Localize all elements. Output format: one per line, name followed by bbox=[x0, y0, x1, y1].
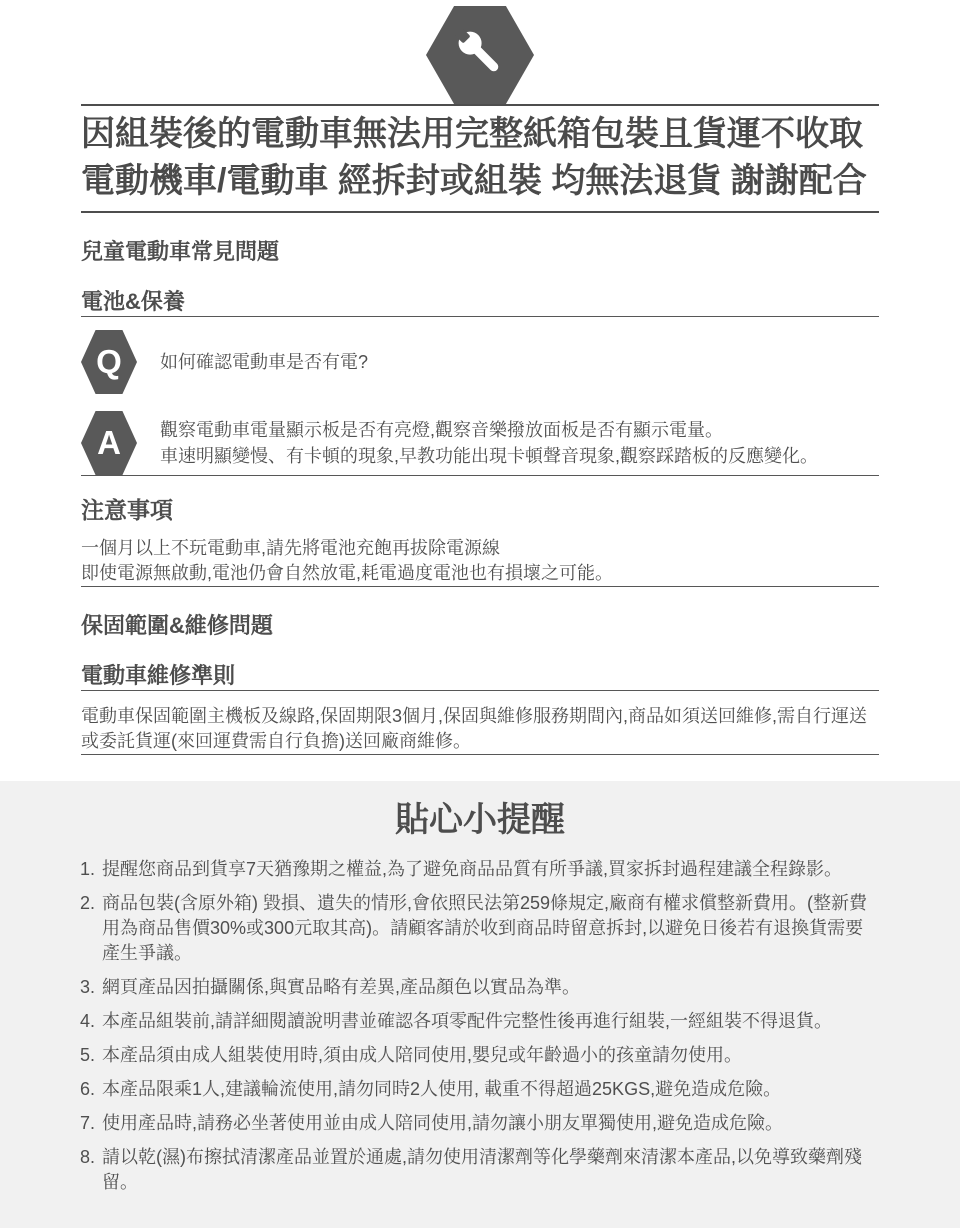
reminder-item: 6. 本產品限乘1人,建議輪流使用,請勿同時2人使用, 載重不得超過25KGS,… bbox=[80, 1077, 880, 1102]
divider bbox=[81, 211, 879, 213]
reminder-item: 7. 使用產品時,請務必坐著使用並由成人陪同使用,請勿讓小朋友單獨使用,避免造成… bbox=[80, 1111, 880, 1136]
q-hexagon: Q bbox=[81, 330, 137, 394]
item-text: 提醒您商品到貨享7天猶豫期之權益,為了避免商品品質有所爭議,買家拆封過程建議全程… bbox=[102, 857, 842, 882]
notice-line2: 即使電源無啟動,電池仍會自然放電,耗電過度電池也有損壞之可能。 bbox=[81, 561, 879, 586]
question-row: Q 如何確認電動車是否有電? bbox=[81, 330, 879, 394]
divider bbox=[81, 316, 879, 317]
answer-line1: 觀察電動車電量顯示板是否有亮燈,觀察音樂撥放面板是否有顯示電量。 bbox=[160, 417, 818, 443]
faq-section-title: 兒童電動車常見問題 bbox=[81, 238, 879, 266]
shipping-banner-line1: 因組裝後的電動車無法用完整紙箱包裝且貨運不收取 bbox=[81, 111, 879, 158]
reminder-item: 4. 本產品組裝前,請詳細閱讀說明書並確認各項零配件完整性後再進行組裝,一經組裝… bbox=[80, 1009, 880, 1034]
notice-body: 一個月以上不玩電動車,請先將電池充飽再拔除電源線 即使電源無啟動,電池仍會自然放… bbox=[81, 536, 879, 586]
notice-line1: 一個月以上不玩電動車,請先將電池充飽再拔除電源線 bbox=[81, 536, 879, 561]
divider bbox=[81, 586, 879, 587]
divider bbox=[81, 475, 879, 476]
item-number: 3. bbox=[80, 975, 95, 1000]
reminder-item: 8. 請以乾(濕)布擦拭清潔產品並置於通處,請勿使用清潔劑等化學藥劑來清潔本產品… bbox=[80, 1145, 880, 1195]
wrench-icon bbox=[448, 21, 512, 90]
answer-row: A 觀察電動車電量顯示板是否有亮燈,觀察音樂撥放面板是否有顯示電量。 車速明顯變… bbox=[81, 411, 879, 475]
shipping-banner: 因組裝後的電動車無法用完整紙箱包裝且貨運不收取 電動機車/電動車 經拆封或組裝 … bbox=[81, 106, 879, 211]
reminder-item: 2. 商品包裝(含原外箱) 毀損、遺失的情形,會依照民法第259條規定,廠商有權… bbox=[80, 891, 880, 966]
wrench-hexagon bbox=[426, 6, 534, 104]
item-text: 本產品限乘1人,建議輪流使用,請勿同時2人使用, 載重不得超過25KGS,避免造… bbox=[102, 1077, 781, 1102]
reminder-item: 5. 本產品須由成人組裝使用時,須由成人陪同使用,嬰兒或年齡過小的孩童請勿使用。 bbox=[80, 1043, 880, 1068]
faq-subsection-title: 電池&保養 bbox=[81, 288, 879, 316]
item-number: 1. bbox=[80, 857, 95, 882]
q-letter: Q bbox=[96, 343, 122, 381]
question-text: 如何確認電動車是否有電? bbox=[160, 349, 368, 375]
reminder-item: 3. 網頁產品因拍攝關係,與實品略有差異,產品顏色以實品為準。 bbox=[80, 975, 880, 1000]
answer-line2: 車速明顯變慢、有卡頓的現象,早教功能出現卡頓聲音現象,觀察踩踏板的反應變化。 bbox=[160, 443, 818, 469]
item-number: 2. bbox=[80, 891, 95, 966]
item-text: 本產品須由成人組裝使用時,須由成人陪同使用,嬰兒或年齡過小的孩童請勿使用。 bbox=[102, 1043, 742, 1068]
item-text: 商品包裝(含原外箱) 毀損、遺失的情形,會依照民法第259條規定,廠商有權求償整… bbox=[102, 891, 880, 966]
warranty-subsection-title: 電動車維修準則 bbox=[81, 662, 879, 690]
main-content: 因組裝後的電動車無法用完整紙箱包裝且貨運不收取 電動機車/電動車 經拆封或組裝 … bbox=[0, 104, 960, 755]
item-number: 8. bbox=[80, 1145, 95, 1195]
product-info-page: 因組裝後的電動車無法用完整紙箱包裝且貨運不收取 電動機車/電動車 經拆封或組裝 … bbox=[0, 0, 960, 1228]
divider bbox=[81, 690, 879, 691]
reminder-list: 1. 提醒您商品到貨享7天猶豫期之權益,為了避免商品品質有所爭議,買家拆封過程建… bbox=[80, 857, 880, 1195]
divider bbox=[81, 754, 879, 755]
shipping-banner-line2: 電動機車/電動車 經拆封或組裝 均無法退貨 謝謝配合 bbox=[81, 158, 879, 205]
reminder-title: 貼心小提醒 bbox=[80, 798, 880, 842]
item-text: 請以乾(濕)布擦拭清潔產品並置於通處,請勿使用清潔劑等化學藥劑來清潔本產品,以免… bbox=[102, 1145, 880, 1195]
item-text: 網頁產品因拍攝關係,與實品略有差異,產品顏色以實品為準。 bbox=[102, 975, 580, 1000]
item-number: 5. bbox=[80, 1043, 95, 1068]
item-text: 使用產品時,請務必坐著使用並由成人陪同使用,請勿讓小朋友單獨使用,避免造成危險。 bbox=[102, 1111, 783, 1136]
notice-title: 注意事項 bbox=[81, 495, 879, 525]
answer-text: 觀察電動車電量顯示板是否有亮燈,觀察音樂撥放面板是否有顯示電量。 車速明顯變慢、… bbox=[160, 417, 818, 469]
warranty-section-title: 保固範圍&維修問題 bbox=[81, 612, 879, 640]
item-number: 6. bbox=[80, 1077, 95, 1102]
reminder-section: 貼心小提醒 1. 提醒您商品到貨享7天猶豫期之權益,為了避免商品品質有所爭議,買… bbox=[0, 781, 960, 1228]
warranty-body: 電動車保固範圍主機板及線路,保固期限3個月,保固與維修服務期間內,商品如須送回維… bbox=[81, 704, 879, 754]
item-text: 本產品組裝前,請詳細閱讀說明書並確認各項零配件完整性後再進行組裝,一經組裝不得退… bbox=[102, 1009, 832, 1034]
a-letter: A bbox=[97, 424, 121, 462]
icon-header bbox=[0, 0, 960, 104]
item-number: 4. bbox=[80, 1009, 95, 1034]
reminder-item: 1. 提醒您商品到貨享7天猶豫期之權益,為了避免商品品質有所爭議,買家拆封過程建… bbox=[80, 857, 880, 882]
item-number: 7. bbox=[80, 1111, 95, 1136]
a-hexagon: A bbox=[81, 411, 137, 475]
